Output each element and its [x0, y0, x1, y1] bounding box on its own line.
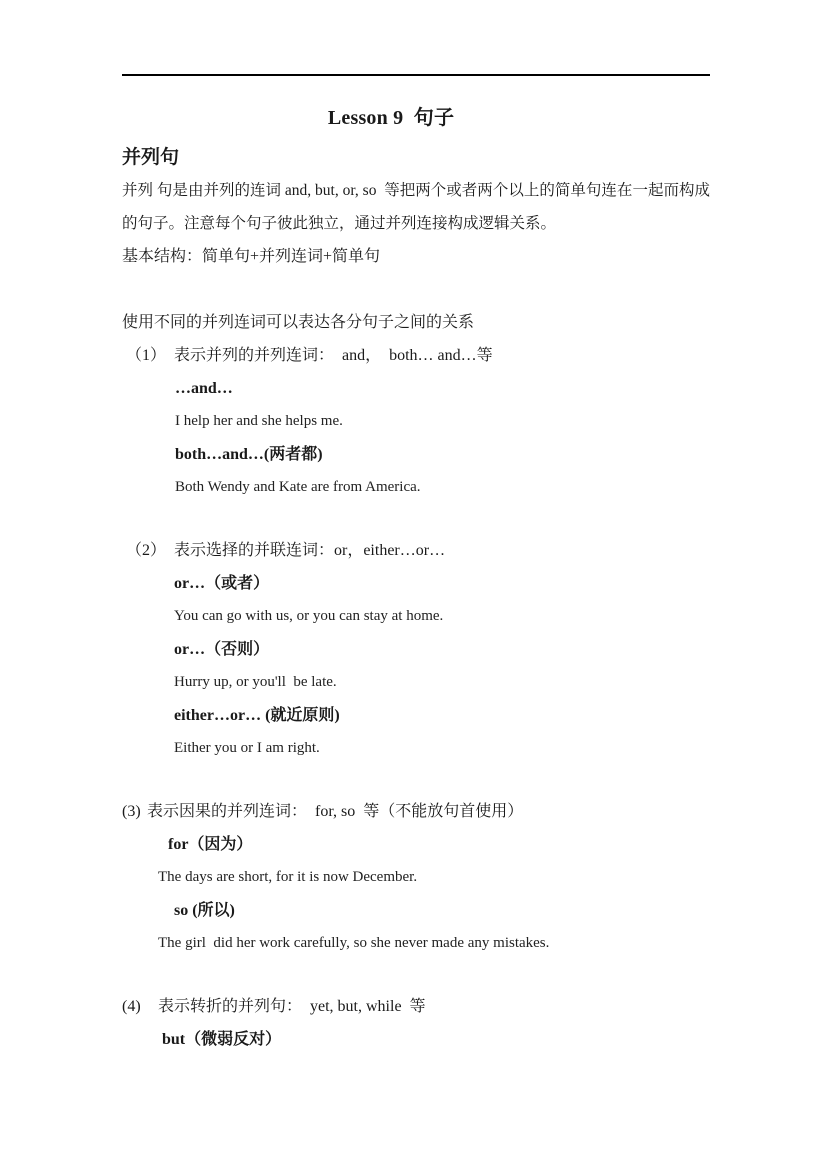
section-1-heading: 表示并列的并列连词： and， both… and…等 [174, 339, 493, 372]
section-4-number: (4) [122, 990, 158, 1023]
section-1-number: （1） [122, 339, 174, 372]
phrase-both-and: both…and…(两者都) [175, 438, 710, 471]
phrase-for: for（因为） [168, 828, 710, 861]
example-either-or: Either you or I am right. [174, 732, 710, 765]
section-3-number: (3) [122, 795, 147, 828]
phrase-but: but（微弱反对） [162, 1023, 710, 1056]
top-rule [122, 74, 710, 76]
phrase-either-or: either…or… (就近原则) [174, 699, 710, 732]
example-or-fouze: Hurry up, or you'll be late. [174, 666, 710, 699]
section-4-contrast-conjunctions: (4) 表示转折的并列句： yet, but, while 等 but（微弱反对… [122, 990, 710, 1056]
phrase-or-fouze: or…（否则） [174, 633, 710, 666]
phrase-and: …and… [175, 372, 710, 405]
example-so: The girl did her work carefully, so she … [158, 927, 710, 960]
section-4-heading: 表示转折的并列句： yet, but, while 等 [158, 990, 426, 1023]
compound-sentence-heading: 并列句 [122, 141, 710, 174]
phrase-or-huozhe: or…（或者） [174, 567, 710, 600]
section-4-heading-row: (4) 表示转折的并列句： yet, but, while 等 [122, 990, 710, 1023]
intro-paragraph: 并列 句是由并列的连词 and, but, or, so 等把两个或者两个以上的… [122, 174, 710, 240]
structure-line: 基本结构：简单句+并列连词+简单句 [122, 240, 710, 273]
document-page: Lesson 9 句子 并列句 并列 句是由并列的连词 and, but, or… [0, 0, 827, 1169]
section-3-cause-effect-conjunctions: (3) 表示因果的并列连词： for, so 等（不能放句首使用） for（因为… [122, 795, 710, 960]
section-3-heading-row: (3) 表示因果的并列连词： for, so 等（不能放句首使用） [122, 795, 710, 828]
example-or-huozhe: You can go with us, or you can stay at h… [174, 600, 710, 633]
section-2-heading-row: （2） 表示选择的并联连词：or，either…or… [122, 534, 710, 567]
usage-note-line: 使用不同的并列连词可以表达各分句子之间的关系 [122, 306, 710, 339]
example-both-and: Both Wendy and Kate are from America. [175, 471, 710, 504]
section-2-number: （2） [122, 534, 174, 567]
page-content: Lesson 9 句子 并列句 并列 句是由并列的连词 and, but, or… [0, 74, 827, 1056]
section-1-coordinate-conjunctions: （1） 表示并列的并列连词： and， both… and…等 …and… I … [122, 339, 710, 504]
section-2-heading: 表示选择的并联连词：or，either…or… [174, 534, 445, 567]
example-and: I help her and she helps me. [175, 405, 710, 438]
example-for: The days are short, for it is now Decemb… [158, 861, 710, 894]
section-2-choice-conjunctions: （2） 表示选择的并联连词：or，either…or… or…（或者） You … [122, 534, 710, 765]
phrase-so: so (所以) [174, 894, 710, 927]
section-1-heading-row: （1） 表示并列的并列连词： and， both… and…等 [122, 339, 710, 372]
page-title: Lesson 9 句子 [122, 102, 660, 135]
section-3-heading: 表示因果的并列连词： for, so 等（不能放句首使用） [147, 795, 523, 828]
